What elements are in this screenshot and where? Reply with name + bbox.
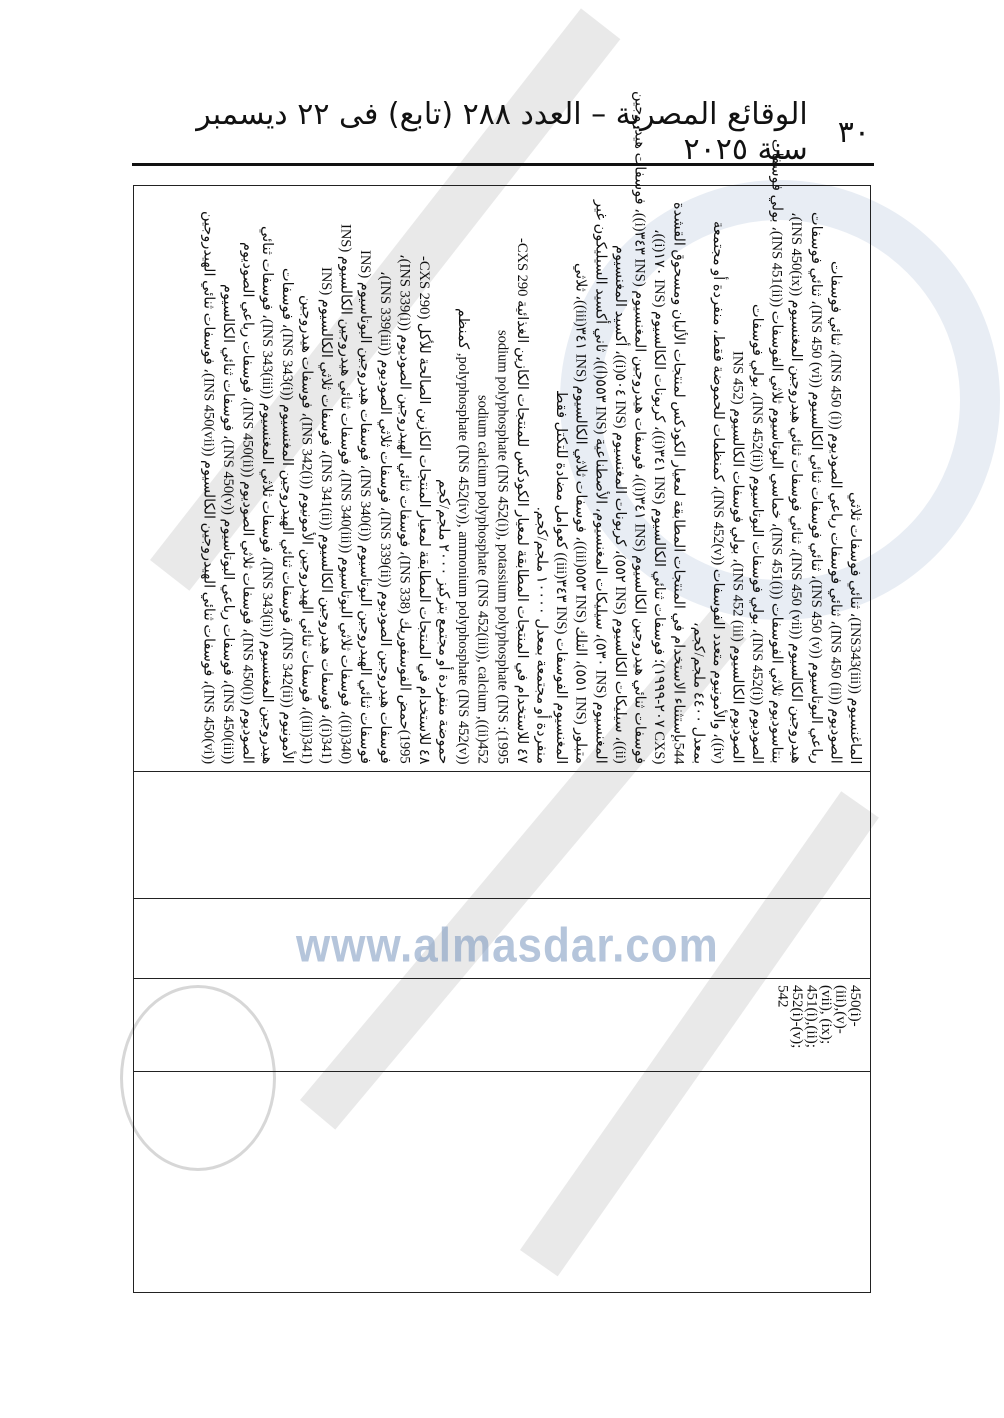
code-line: 452(i)-(v); (790, 985, 805, 1067)
text-line: (INS 450(vi))، فوسفات ثنائي الهيدروجين ا… (198, 194, 218, 764)
text-line: فوسفات هيدروجين الصوديوم (INS 339(ii))، … (374, 194, 394, 764)
text-line: (341(iii))، فوسفات ثنائي الهيدروجين الأم… (296, 194, 316, 764)
code-line: 451(i),(ii); (804, 985, 819, 1067)
text-line: ٤٧ للاستخدام في المنتجات المطابقة لمعيار… (511, 194, 531, 764)
text-line: فوسفات ثنائي هيدروجين الكالسيوم (INS ٣٤١… (629, 194, 649, 764)
additives-table: الماغنسيوم (INS343(iii))، ثنائي فوسفات ث… (133, 185, 871, 1293)
text-line: الصوديوم الكالسيوم INS 452 (iii))، بولي … (727, 194, 747, 764)
ins-codes-text: 450(i)-(iii),(v)-(vii), (ix);451(i),(ii)… (775, 985, 862, 1067)
text-line: polyphosphate (INS 452(iv)), ammonium po… (453, 194, 473, 764)
site-watermark: www.almasdar.com (296, 919, 719, 974)
text-line: ٤٨ للاستخدام في المنتجات المطابقة لمعيار… (413, 194, 433, 764)
text-line: هيدروجين المغنسيوم (INS 343(ii))، فوسفات… (257, 194, 277, 764)
text-line: 544بإستثناء الاستخدام في المنتجات المطاب… (668, 194, 688, 764)
table-cell-ins-codes: 450(i)-(iii),(v)-(vii), (ix);451(i),(ii)… (134, 979, 870, 1072)
text-line: الصوديوم (INS 450(i))، فوسفات ثلاثي الصو… (237, 194, 257, 764)
text-line: فوسفات ثنائي الهيدروجين البوتاسيوم (INS … (355, 194, 375, 764)
text-line: الصوديوم (INS 452(i))، بولي فوسفات البوت… (746, 194, 766, 764)
text-line: الأمونيوم (INS 342(ii))، فوسفات ثنائي ال… (276, 194, 296, 764)
text-line: (iv))، والأمونيوم متعدد الفوسفات (INS 45… (707, 194, 727, 764)
table-cell-provisions: الماغنسيوم (INS343(iii))، ثنائي فوسفات ث… (134, 186, 870, 772)
provisions-text: الماغنسيوم (INS343(iii))، ثنائي فوسفات ث… (198, 194, 864, 764)
gazette-title: الوقائع المصرية – العدد ٢٨٨ (تابع) فى ٢٢… (190, 97, 808, 167)
code-line: 542 (775, 985, 790, 1067)
code-line: (iii),(v)- (833, 985, 848, 1067)
text-line: بمعدل ٤٤٠٠ ملجم/كجم، (688, 194, 708, 764)
table-cell-empty (134, 772, 870, 899)
header-rule (132, 163, 874, 166)
table-cell-empty (134, 1072, 870, 1294)
text-line: حموضة منفردة أو مجتمع بتركيز ٢٠٠٠ ملجم/ك… (433, 194, 453, 764)
text-line: الماغنسيوم (INS343(iii))، ثنائي فوسفات ث… (844, 194, 864, 764)
text-line: هيدروجين الكالسيوم (INS 450 (vii))، ثنائ… (786, 194, 806, 764)
text-line: (INS 450(iii))، فوسفات رباعي البوتاسيوم … (217, 194, 237, 764)
text-line: 1995)حمض الفوسفوريك (INS 338)، فوسفات ثن… (394, 194, 414, 764)
text-line: (CXS ٢٠٧-١٩٩٩)؛ فوسفات ثنائي الكالسيوم (… (648, 194, 668, 764)
text-line: رباعي البوتاسيوم (INS 450 (v))، ثنائي فو… (805, 194, 825, 764)
text-line: بنتاسوديوم ثلاثي الفوسفات (INS 451(i))، … (766, 194, 786, 764)
text-line: المغنسيوم (INS ٥٣٠)، سيليكات المغنسيوم، … (590, 194, 610, 764)
code-line: (vii), (ix); (819, 985, 834, 1067)
code-line: 450(i)- (848, 985, 863, 1067)
text-line: الصوديوم (INS 450 (ii))، ثنائي فوسفات رب… (825, 194, 845, 764)
text-line: منفردة أو مجتمعة بمعدل ١٠٠٠٠ ملجم/كجم. (531, 194, 551, 764)
text-line: 452(ii)), sodium calcium polyphosphate (… (472, 194, 492, 764)
text-line: (341(i))، فوسفات هيدروجين الكالسيوم (INS… (315, 194, 335, 764)
text-line: المغنسيوم الفوسفات (INS ٣٤٣(iii)) كعوامل… (551, 194, 571, 764)
text-line: متبلور (INS ٥٥١)، التلك (INS ٥٥٣(iii))، … (570, 194, 590, 764)
text-line: 1995): sodium polyphosphate (INS 452(i))… (492, 194, 512, 764)
page-number: ٣٠ (838, 115, 870, 150)
text-line: (ii))، سيليكات الكالسيوم (INS ٥٥٢)، كربو… (609, 194, 629, 764)
text-line: (340(ii))، فوسفات ثلاثي البوتاسيوم (INS … (335, 194, 355, 764)
